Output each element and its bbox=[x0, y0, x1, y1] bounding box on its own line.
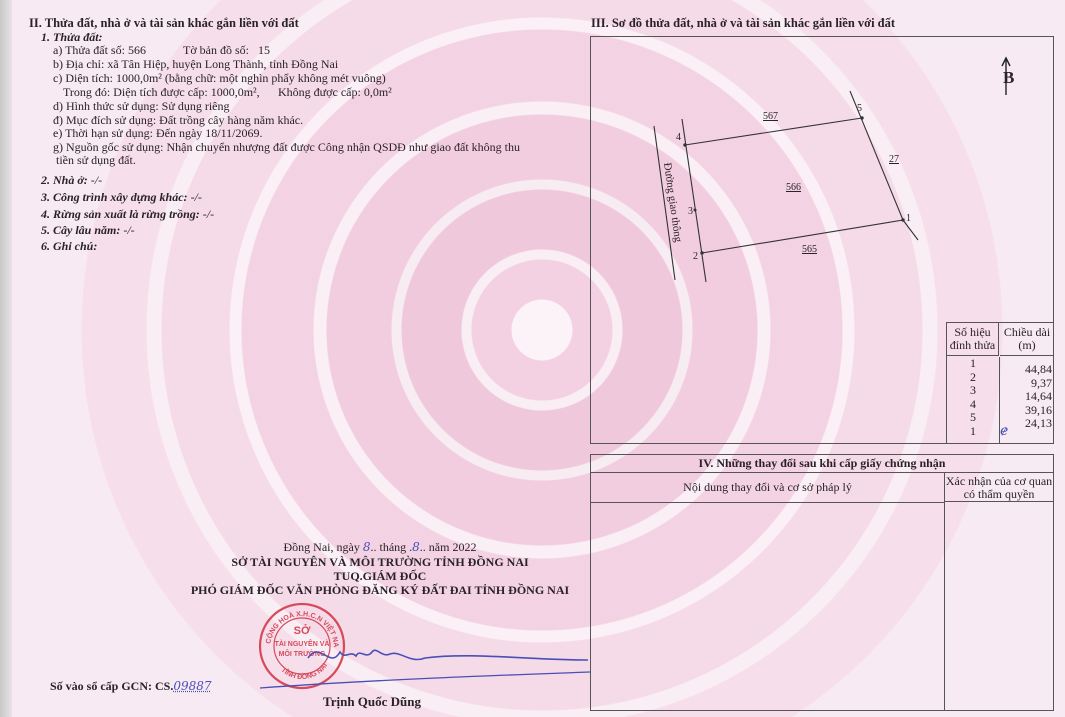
vertex-4-label: 4 bbox=[676, 131, 681, 144]
date-month: 8 bbox=[412, 540, 420, 554]
registry-value: 09887 bbox=[173, 679, 211, 693]
changes-confirm-cell bbox=[945, 503, 1053, 710]
initials-mark: ɇ bbox=[1000, 425, 1008, 438]
agency: SỞ TÀI NGUYÊN VÀ MÔI TRƯỜNG TỈNH ĐỒNG NA… bbox=[170, 556, 590, 569]
parcel-27-label: 27 bbox=[889, 153, 899, 166]
vertex-3-label: 3 bbox=[688, 205, 693, 218]
section4-title: IV. Những thay đổi sau khi cấp giấy chứn… bbox=[591, 455, 1053, 473]
changes-col2-header: Xác nhận của cơ quan có thẩm quyền bbox=[945, 473, 1053, 502]
changes-content-cell bbox=[591, 503, 945, 710]
authority: TUQ.GIÁM ĐỐC bbox=[170, 570, 590, 583]
parcel-565-label: 565 bbox=[802, 243, 817, 256]
signature-icon bbox=[250, 630, 590, 695]
vertex-2-label: 2 bbox=[693, 250, 698, 263]
vertex-5-label: 5 bbox=[857, 102, 862, 115]
length-col-header: Chiều dài (m) bbox=[1000, 323, 1054, 356]
vertex-1-label: 1 bbox=[906, 212, 911, 225]
north-label: B bbox=[1003, 69, 1014, 86]
registry-number: Số vào sổ cấp GCN: CS.09887 bbox=[50, 680, 212, 693]
parcel-566-label: 566 bbox=[786, 181, 801, 194]
place-date: Đồng Nai, ngày 8.. tháng .8.. năm 2022 bbox=[170, 541, 590, 554]
parcel-567-label: 567 bbox=[763, 110, 778, 123]
date-day: 8 bbox=[363, 540, 371, 554]
changes-col1-header: Nội dung thay đổi và cơ sở pháp lý bbox=[591, 473, 945, 503]
length-list: 44,84 9,37 14,64 39,16 24,13 bbox=[1000, 357, 1052, 431]
signer-position: PHÓ GIÁM ĐỐC VĂN PHÒNG ĐĂNG KÝ ĐẤT ĐAI T… bbox=[170, 584, 590, 597]
changes-table: IV. Những thay đổi sau khi cấp giấy chứn… bbox=[590, 454, 1054, 711]
vertex-col-header: Số hiệu đỉnh thửa bbox=[947, 323, 999, 356]
signer-name: Trịnh Quốc Dũng bbox=[323, 695, 421, 708]
vertex-list: 1 2 3 4 5 1 bbox=[947, 357, 1000, 444]
